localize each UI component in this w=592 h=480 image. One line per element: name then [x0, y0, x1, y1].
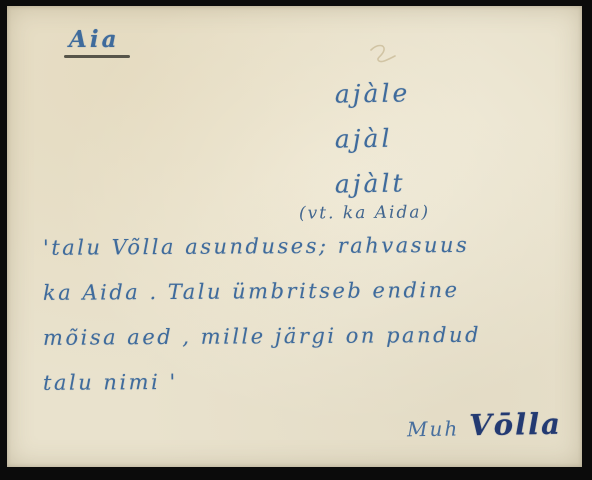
cross-reference: (vt. ka Aida)	[299, 202, 430, 223]
location-signature: Muh Vōlla	[407, 407, 562, 444]
note-line: mõisa aed , mille järgi on pandud	[43, 312, 573, 361]
village-name: Vōlla	[469, 407, 562, 443]
form-adessive: ajàl	[335, 122, 411, 168]
headword-underline	[64, 55, 130, 58]
parish-abbreviation: Muh	[407, 416, 460, 441]
note-line: talu nimi '	[43, 357, 573, 406]
note-line: ka Aida . Talu ümbritseb endine	[43, 267, 573, 316]
note-line: 'talu Võlla asunduses; rahvasuus	[43, 222, 573, 271]
declension-forms: ajàle ajàl ajàlt	[335, 78, 410, 213]
form-allative: ajàle	[335, 77, 411, 123]
note-paragraph: 'talu Võlla asunduses; rahvasuus ka Aida…	[43, 224, 573, 404]
pencil-smudge	[365, 40, 401, 66]
headword: Aia	[69, 26, 120, 53]
index-card: Aia ajàle ajàl ajàlt (vt. ka Aida) 'talu…	[7, 6, 582, 467]
